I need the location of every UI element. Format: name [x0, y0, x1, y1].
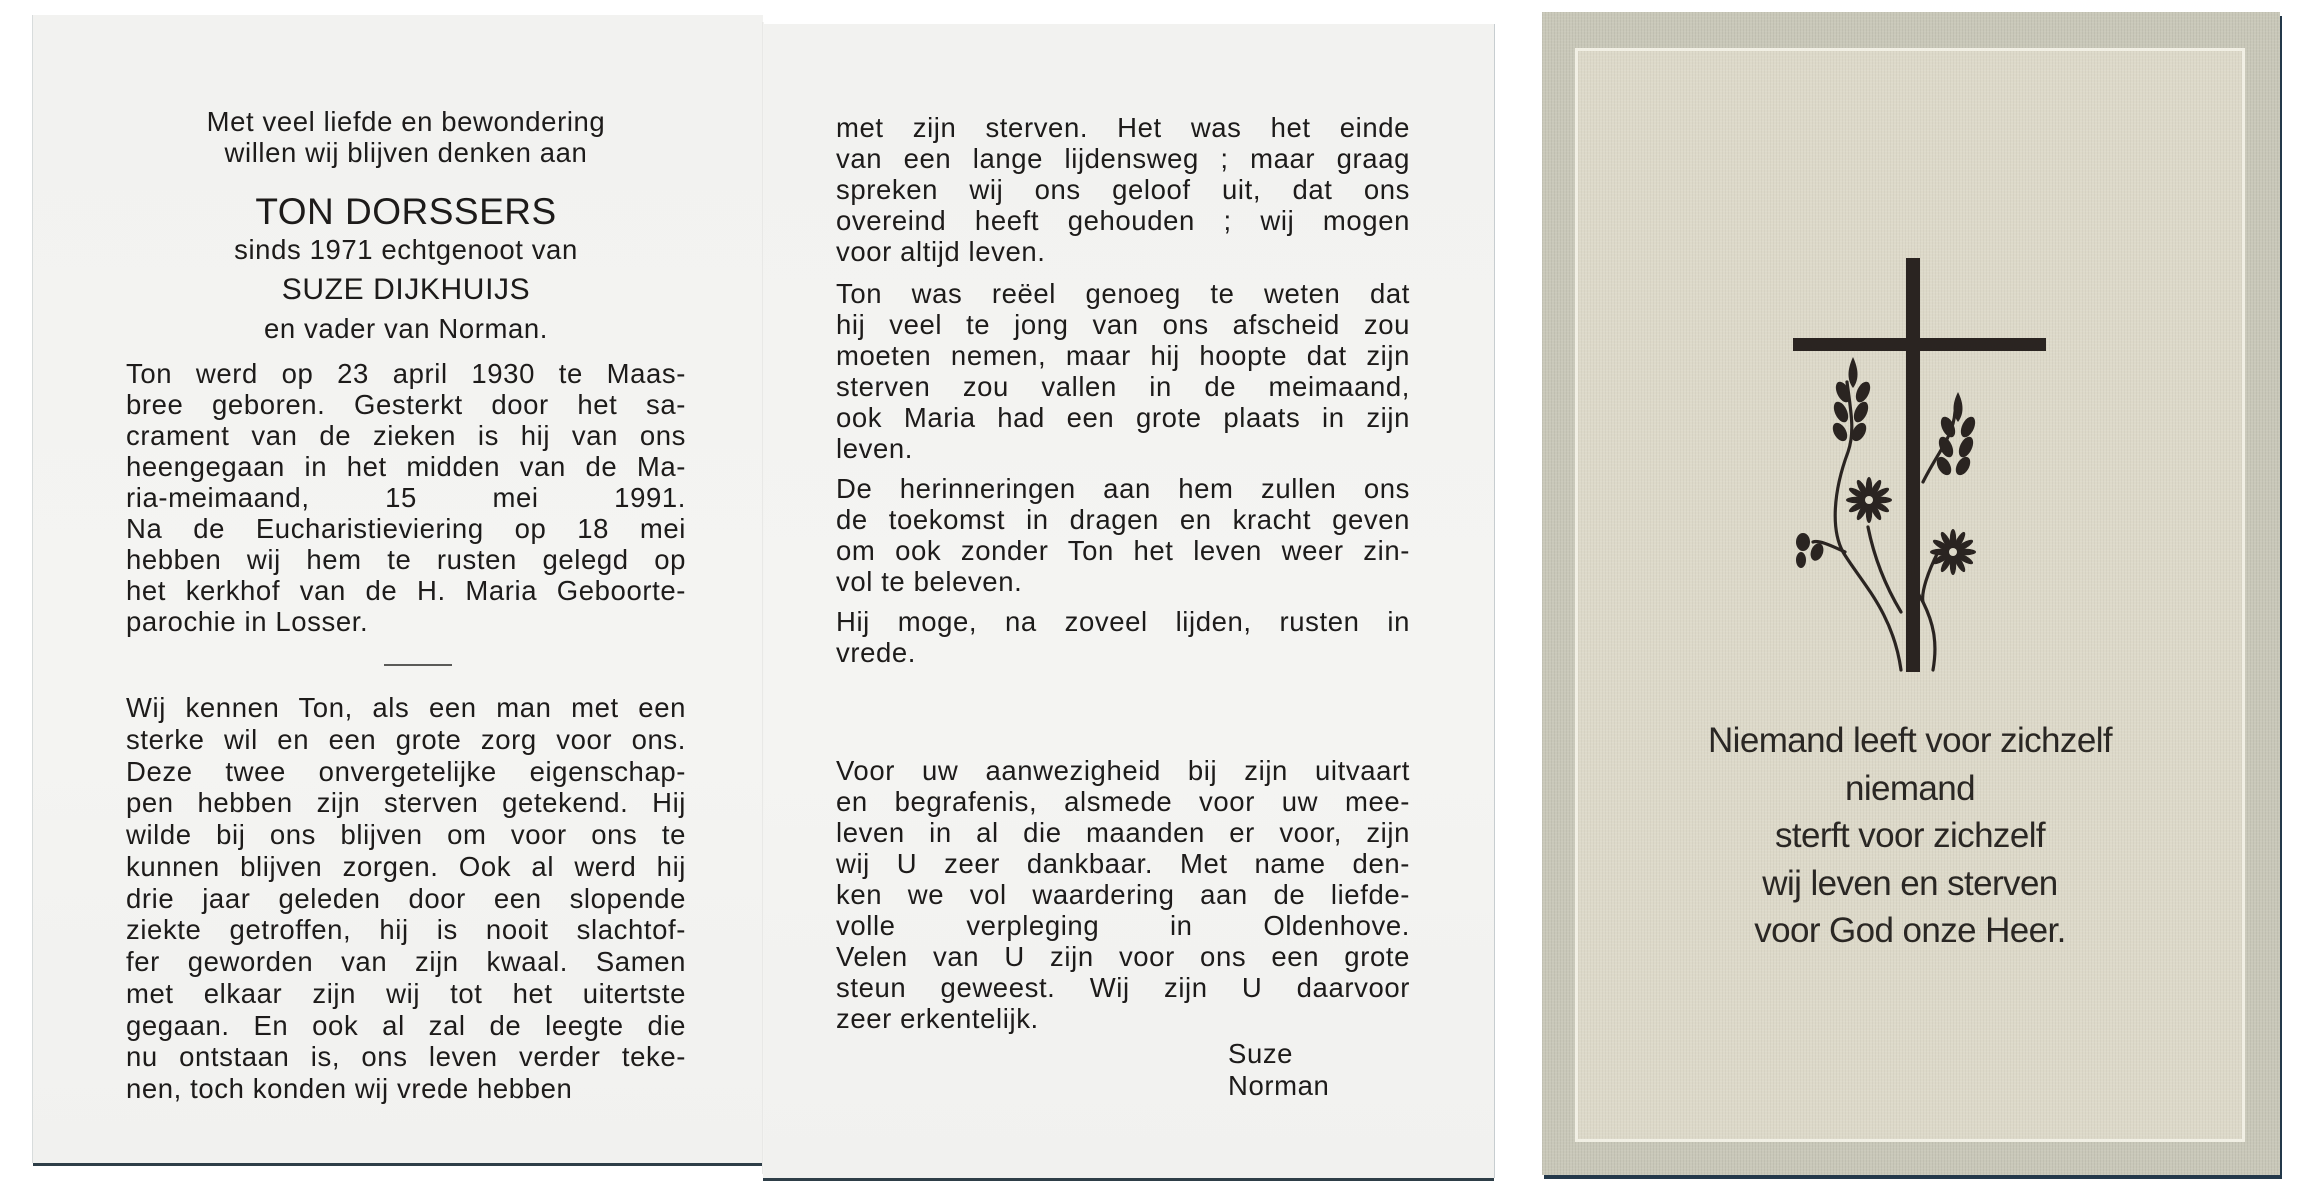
left-page: Met veel liefde en bewonderingwillen wij…: [33, 15, 763, 1163]
paragraph-line: hij veel te jong van ons afscheid zou: [836, 309, 1410, 340]
paragraph-line: wilde bij ons blijven om voor ons te: [126, 819, 686, 850]
paragraph-line: gegaan. En ook al zal de leegte die: [126, 1010, 686, 1041]
paragraph-line: Hij moge, na zoveel lijden, rusten in: [836, 606, 1410, 637]
paragraph-line: ziekte getroffen, hij is nooit slachtof-: [126, 914, 686, 945]
spouse-intro: sinds 1971 echtgenoot van: [126, 234, 686, 265]
paragraph-line: om ook zonder Ton het leven weer zin-: [836, 535, 1410, 566]
paragraph-line: nen, toch konden wij vrede hebben: [126, 1073, 686, 1104]
paragraph-line: vol te beleven.: [836, 566, 1410, 597]
paragraph-line: Ton werd op 23 april 1930 te Maas-: [126, 358, 686, 389]
paragraph-line: De herinneringen aan hem zullen ons: [836, 473, 1410, 504]
paragraph-line: voor altijd leven.: [836, 236, 1410, 267]
thanks-line: zeer erkentelijk.: [836, 1003, 1410, 1034]
verse-line: niemand: [1578, 765, 2242, 813]
paragraph-line: heengegaan in het midden van de Ma-: [126, 451, 686, 482]
deceased-name: TON DORSSERS: [126, 196, 686, 227]
paragraph-line: moeten nemen, maar hij hoopte dat zijn: [836, 340, 1410, 371]
signature-name: Norman: [1228, 1070, 1329, 1101]
fold-crease: [762, 22, 764, 1174]
paragraph-line: kunnen blijven zorgen. Ook al werd hij: [126, 851, 686, 882]
separator-dash: [384, 664, 452, 666]
paragraph-line: het kerkhof van de H. Maria Geboorte-: [126, 575, 686, 606]
paragraph-line: bree geboren. Gesterkt door het sa-: [126, 389, 686, 420]
paragraph-line: overeind heeft gehouden ; wij mogen: [836, 205, 1410, 236]
paragraph-line: pen hebben zijn sterven getekend. Hij: [126, 787, 686, 818]
verse-line: sterft voor zichzelf: [1578, 812, 2242, 860]
paragraph-line: sterke wil en een grote zorg voor ons.: [126, 724, 686, 755]
paragraph-line: met elkaar zijn wij tot het uitertste: [126, 978, 686, 1009]
paragraph-line: vrede.: [836, 637, 1410, 668]
thanks-line: steun geweest. Wij zijn U daarvoor: [836, 972, 1410, 1003]
paragraph-line: sterven zou vallen in de meimaand,: [836, 371, 1410, 402]
memorial-card-inside: Met veel liefde en bewonderingwillen wij…: [33, 12, 1494, 1177]
intro-line: willen wij blijven denken aan: [126, 137, 686, 168]
thanks-line: volle verpleging in Oldenhove.: [836, 910, 1410, 941]
paragraph-line: de toekomst in dragen en kracht geven: [836, 504, 1410, 535]
spouse-name: SUZE DIJKHUIJS: [126, 274, 686, 305]
paragraph-line: parochie in Losser.: [126, 606, 686, 637]
paragraph-line: crament van de zieken is hij van ons: [126, 420, 686, 451]
thanks-line: Velen van U zijn voor ons een grote: [836, 941, 1410, 972]
thanks-line: wij U zeer dankbaar. Met name den-: [836, 848, 1410, 879]
paragraph-line: ook Maria had een grote plaats in zijn: [836, 402, 1410, 433]
paragraph-line: Na de Eucharistieviering op 18 mei: [126, 513, 686, 544]
child-line: en vader van Norman.: [126, 313, 686, 344]
signature-name: Suze: [1228, 1038, 1293, 1069]
paragraph-line: Wij kennen Ton, als een man met een: [126, 692, 686, 723]
cross-with-wheat-and-flowers-icon: [1773, 252, 2063, 672]
front-panel: Niemand leeft voor zichzelfniemandsterft…: [1575, 48, 2245, 1142]
verse-line: wij leven en sterven: [1578, 860, 2242, 908]
paragraph-line: fer geworden van zijn kwaal. Samen: [126, 946, 686, 977]
paragraph-line: drie jaar geleden door een slopende: [126, 883, 686, 914]
thanks-line: en begrafenis, alsmede voor uw mee-: [836, 786, 1410, 817]
paragraph-line: Ton was reëel genoeg te weten dat: [836, 278, 1410, 309]
paragraph-line: ria-meimaand, 15 mei 1991.: [126, 482, 686, 513]
verse-line: Niemand leeft voor zichzelf: [1578, 717, 2242, 765]
thanks-line: leven in al die maanden er voor, zijn: [836, 817, 1410, 848]
right-page: met zijn sterven. Het was het eindevan e…: [763, 24, 1494, 1178]
thanks-line: Voor uw aanwezigheid bij zijn uitvaart: [836, 755, 1410, 786]
paragraph-line: met zijn sterven. Het was het einde: [836, 112, 1410, 143]
intro-line: Met veel liefde en bewondering: [126, 106, 686, 137]
paragraph-line: Deze twee onvergetelijke eigenschap-: [126, 756, 686, 787]
paragraph-line: spreken wij ons geloof uit, dat ons: [836, 174, 1410, 205]
paragraph-line: van een lange lijdensweg ; maar graag: [836, 143, 1410, 174]
paragraph-line: leven.: [836, 433, 1410, 464]
paragraph-line: nu ontstaan is, ons leven verder teke-: [126, 1041, 686, 1072]
verse-line: voor God onze Heer.: [1578, 907, 2242, 955]
paragraph-line: hebben wij hem te rusten gelegd op: [126, 544, 686, 575]
memorial-card-front: Niemand leeft voor zichzelfniemandsterft…: [1542, 12, 2280, 1175]
thanks-line: ken we vol waardering aan de liefde-: [836, 879, 1410, 910]
